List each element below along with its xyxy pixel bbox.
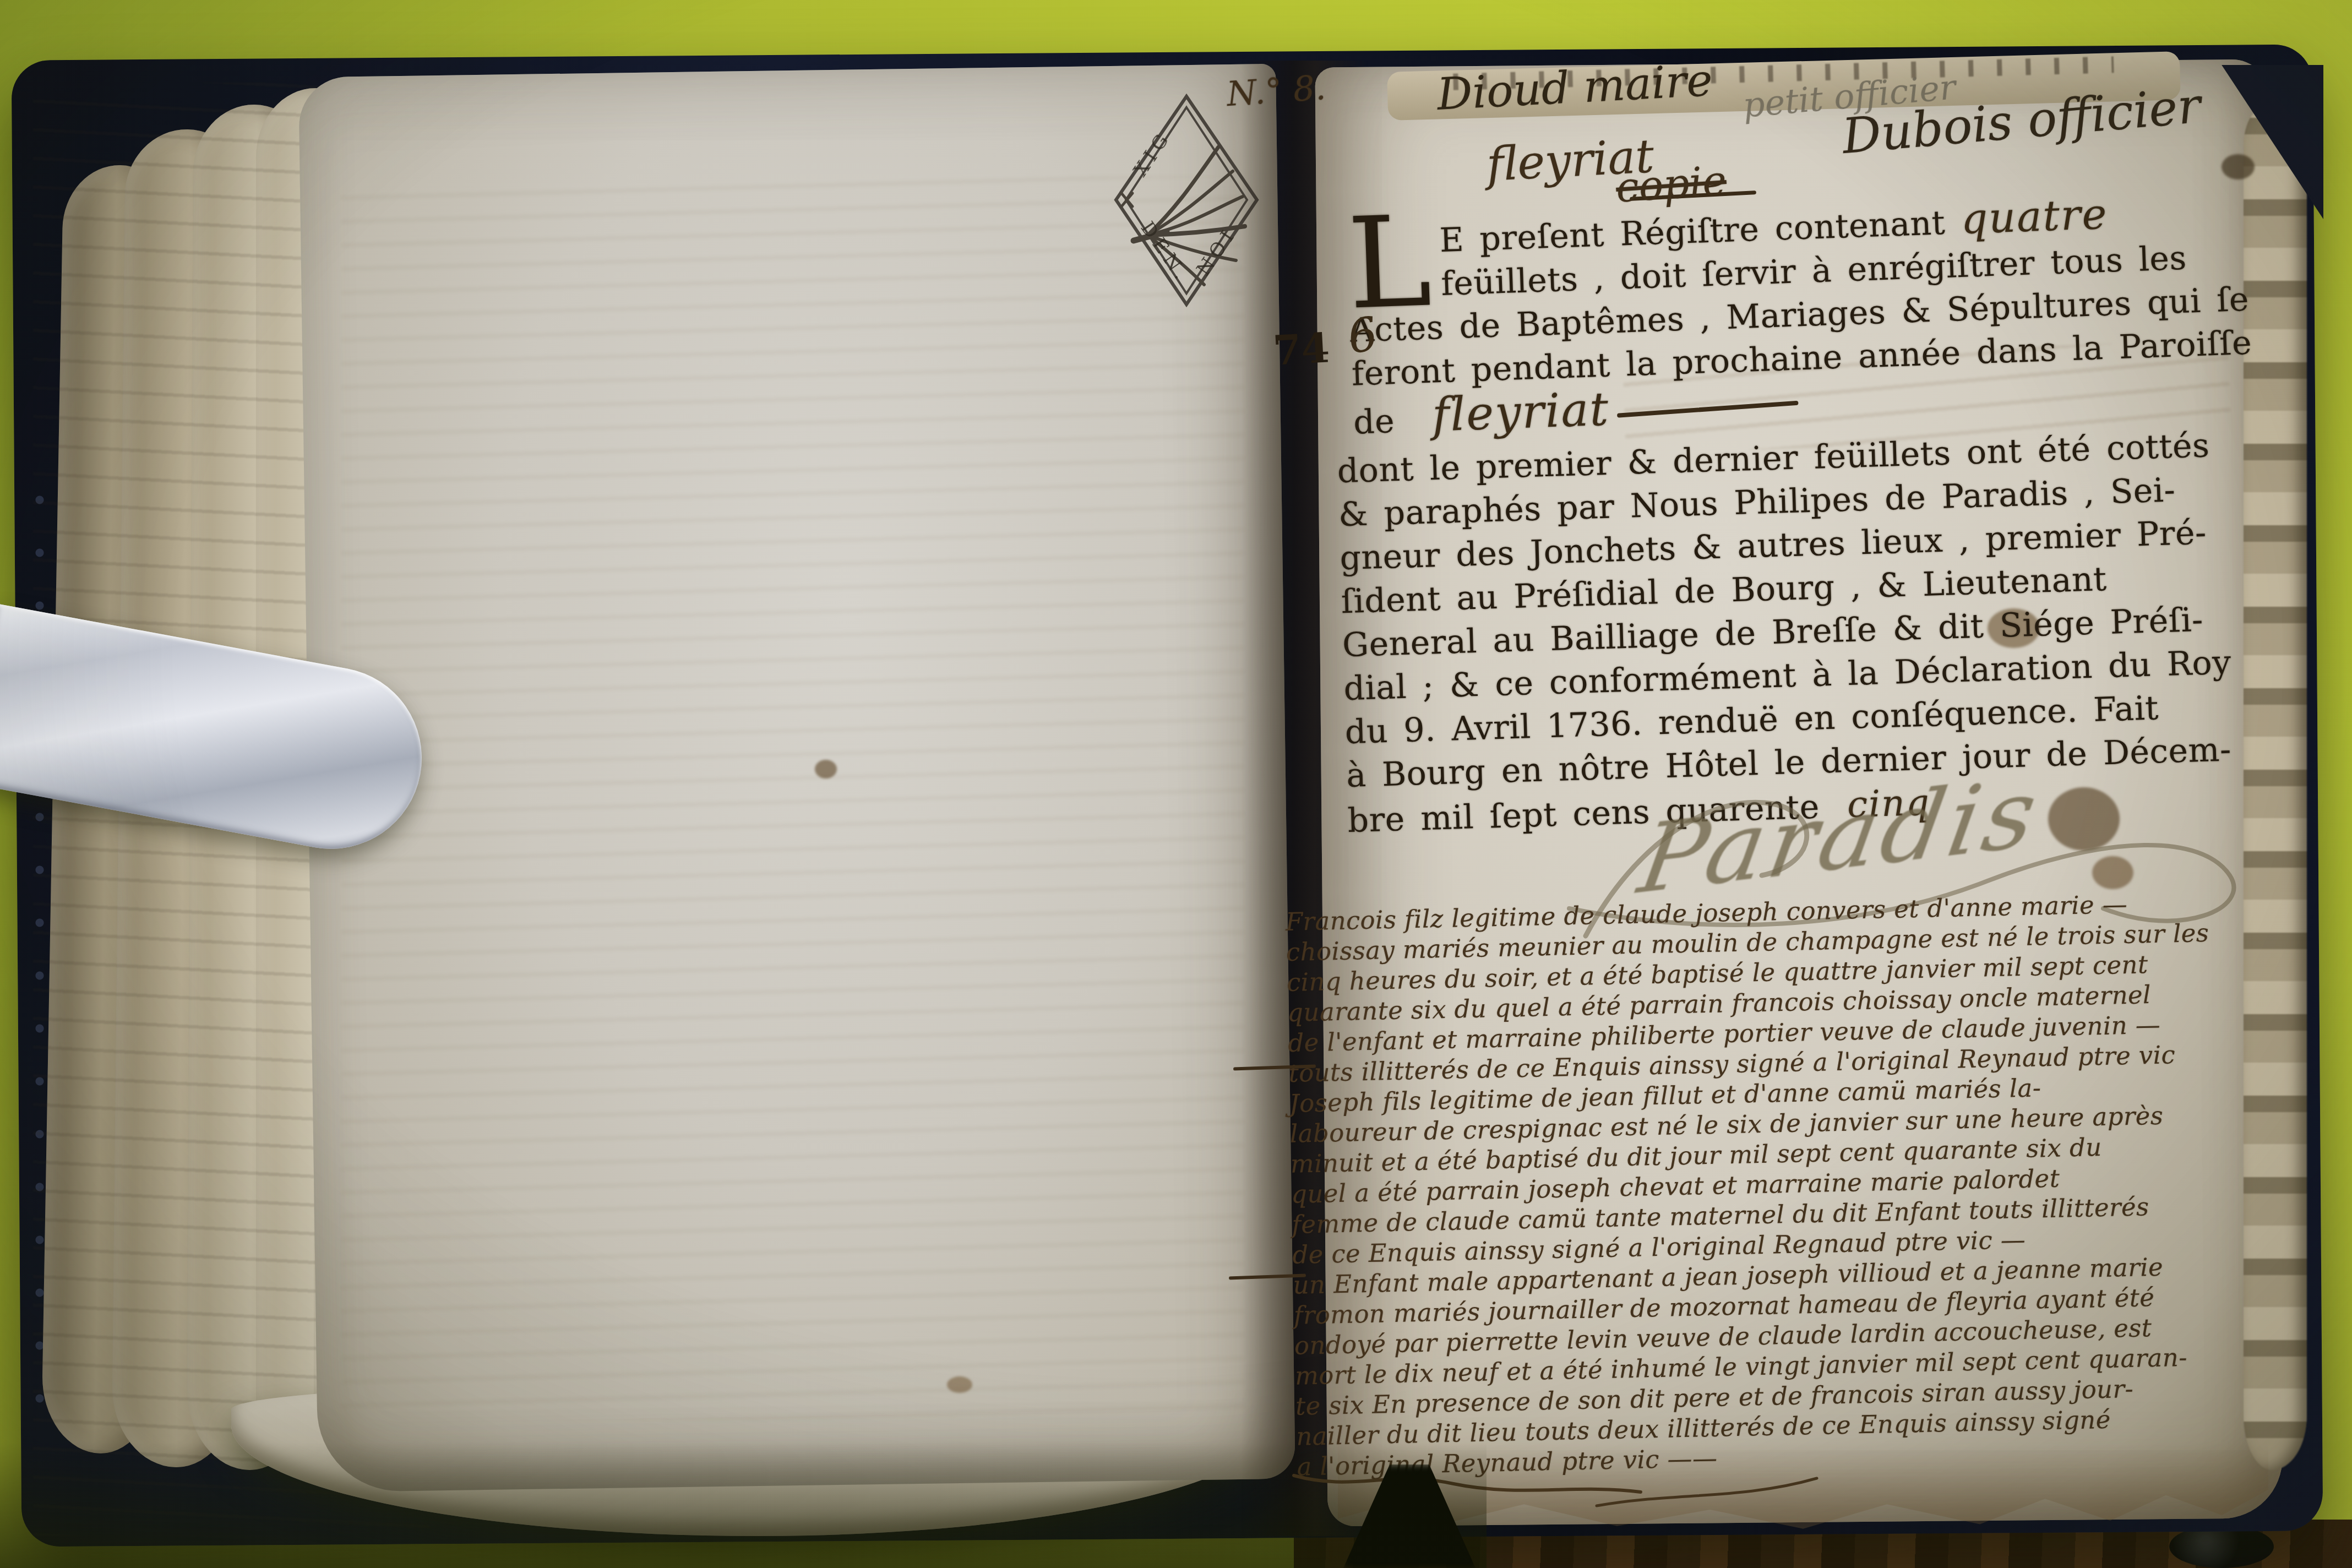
struck-annotation: copie xyxy=(1614,157,1728,212)
margin-year-printed: 74 xyxy=(1272,324,1331,374)
printed-lines: dont le premier & dernier feüillets ont … xyxy=(1337,427,2134,798)
stamp-letters: DEN. xyxy=(1136,217,1194,287)
paper-stain xyxy=(947,1376,972,1393)
register-entries: Francois filz legitime de claude joseph … xyxy=(1285,886,2288,1482)
stamp-letters: XIG xyxy=(1129,127,1175,181)
print-fragment: de xyxy=(1353,402,1395,442)
flourish-dash xyxy=(1617,401,1799,418)
photo-open-parish-register: XIG DEN. NOI N.° 8. Dioud maire petit of… xyxy=(0,0,2352,1568)
handwritten-insert: fleyriat xyxy=(1431,382,1610,442)
printed-intro-paragraph: L E preſent Régiſtre contenant quatre fe… xyxy=(1346,191,2135,444)
printed-lines: feüillets , doit ſervir à enrégiſtrer to… xyxy=(1348,238,2133,396)
register-number-note: N.° 8. xyxy=(1226,67,1327,114)
ink-showthrough-texture xyxy=(341,176,1244,1420)
paper-stain xyxy=(2222,154,2255,179)
tax-stamp-icon: XIG DEN. NOI xyxy=(1109,91,1264,311)
book-cast-shadow xyxy=(0,1442,1487,1568)
entry-lines: Francois filz legitime de claude joseph … xyxy=(1285,886,2288,1482)
handwritten-insert: quatre xyxy=(1960,189,2109,243)
paper-stain xyxy=(815,760,837,778)
dropcap-letter: L xyxy=(1346,218,1431,308)
